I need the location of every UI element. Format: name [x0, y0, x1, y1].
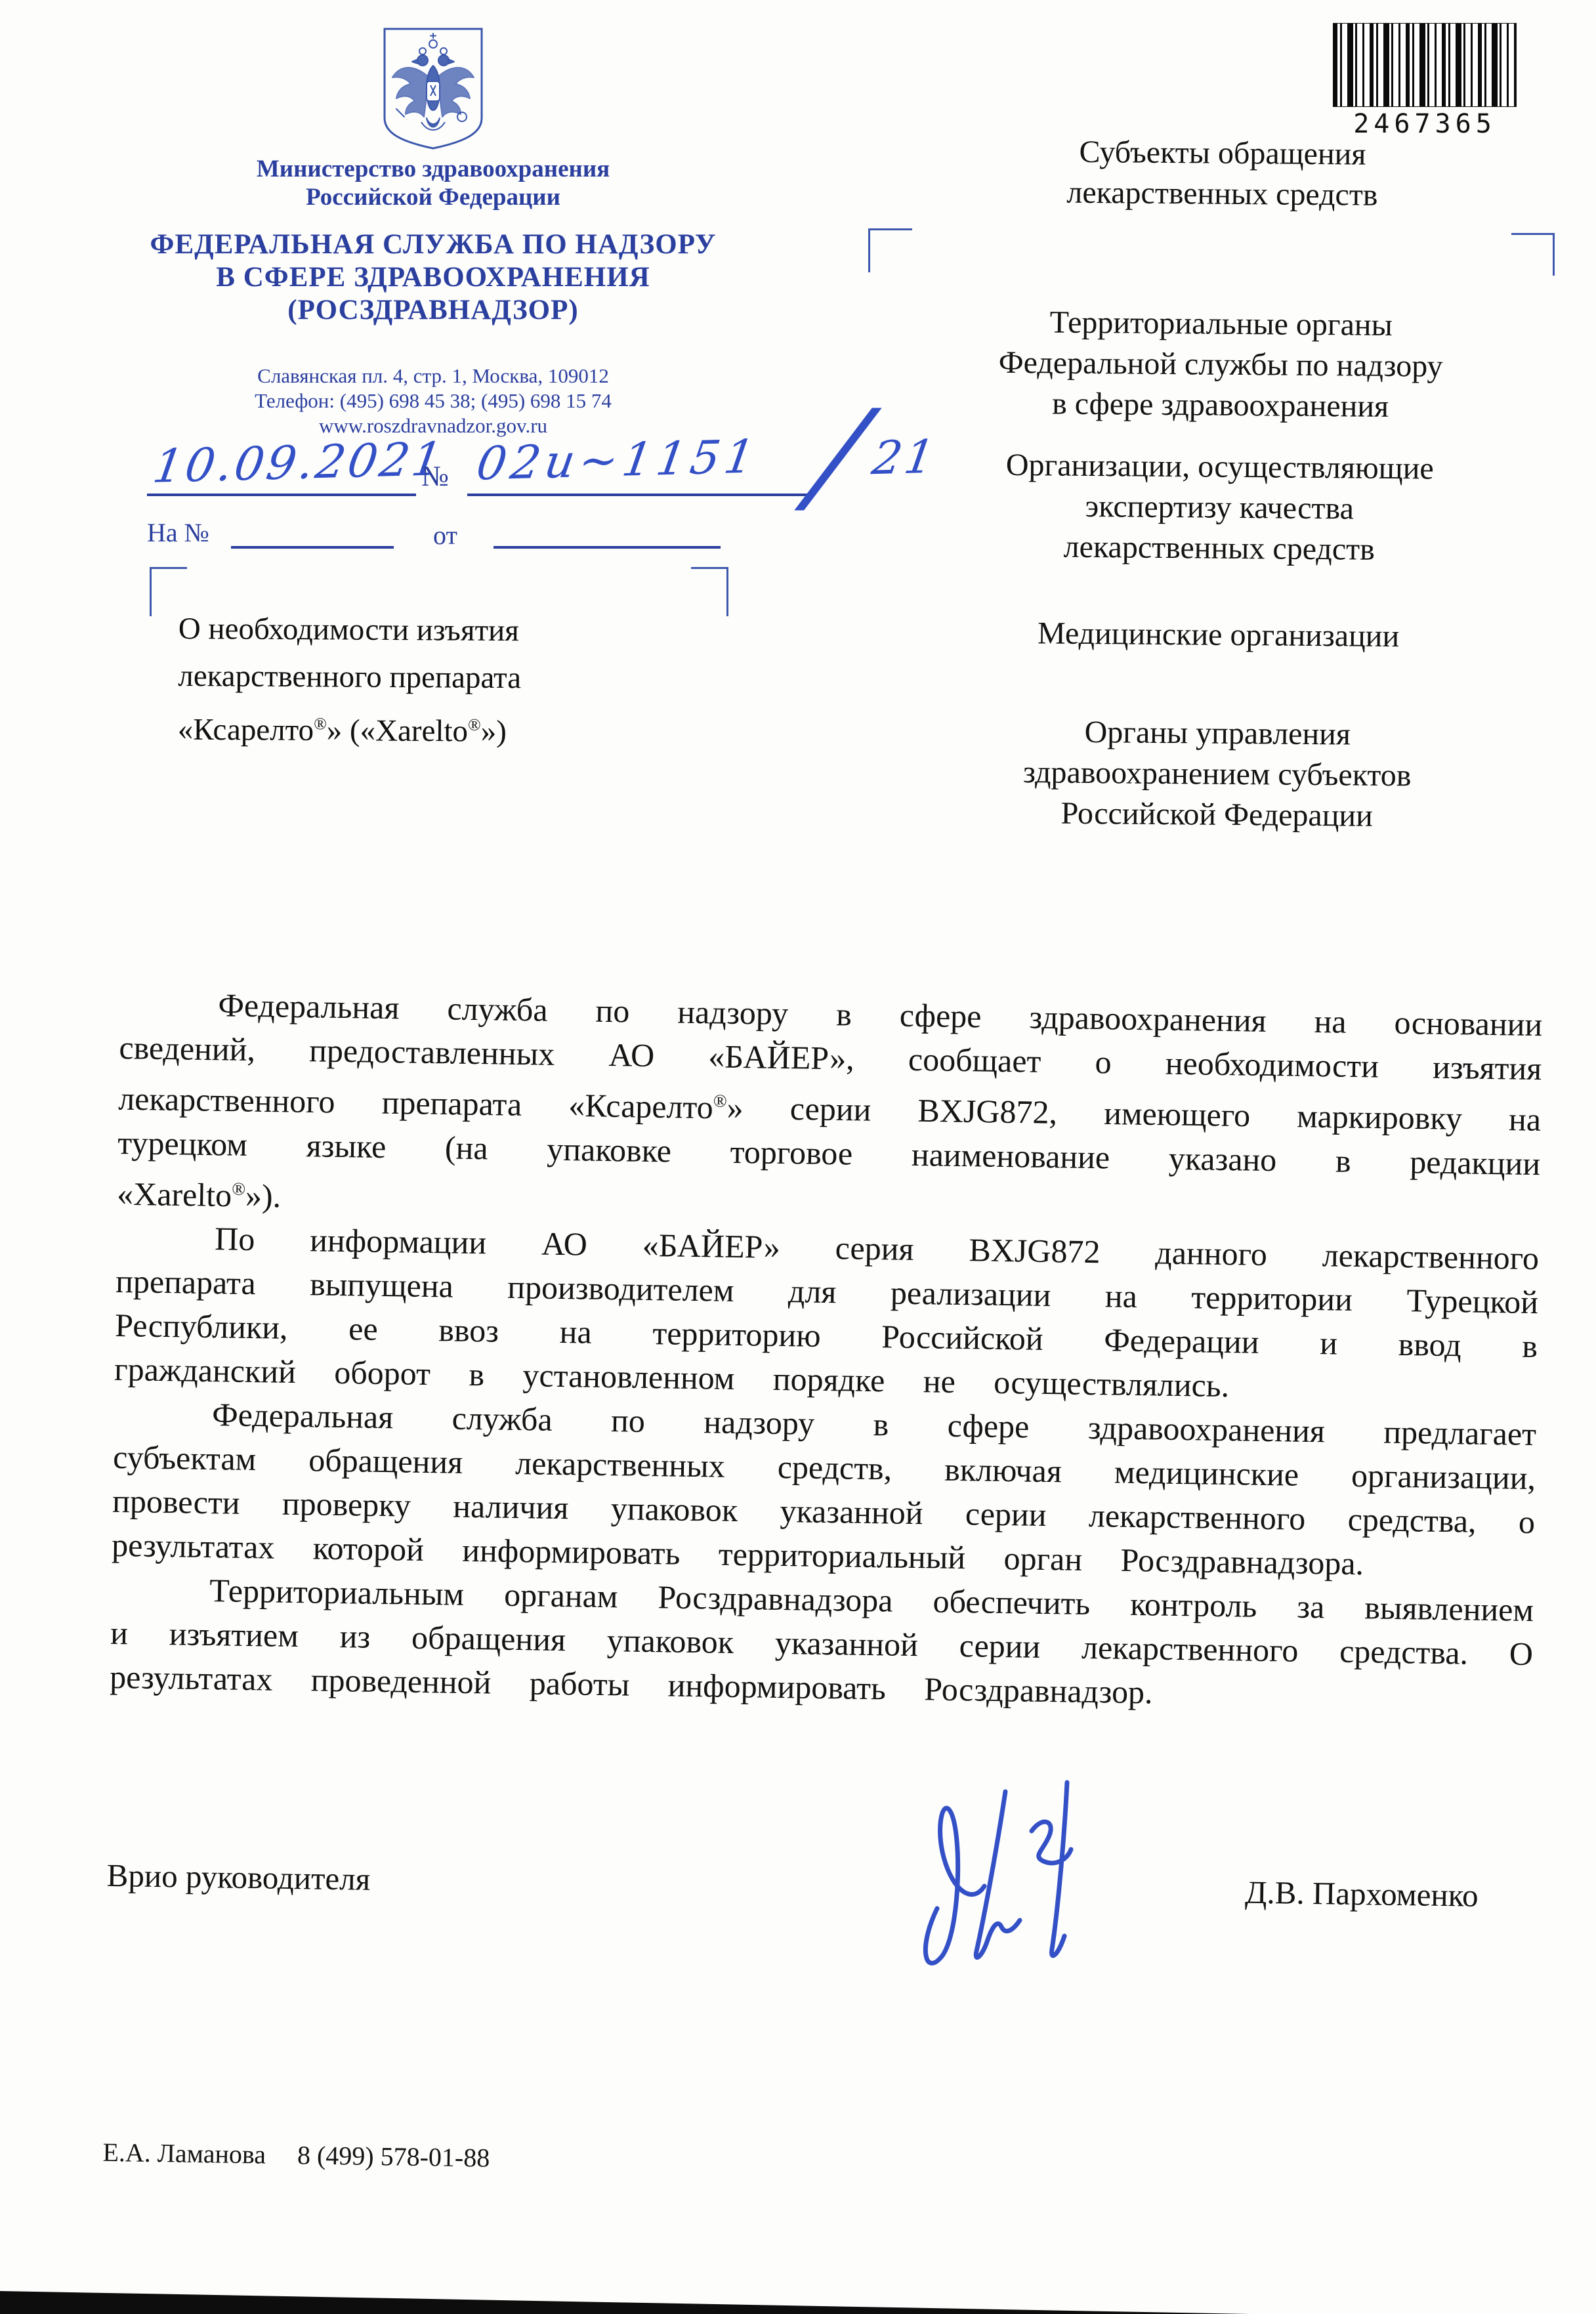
executor-row: Е.А. Ламанова 8 (499) 578-01-88 [102, 2137, 1525, 2189]
number-sign: № [421, 459, 449, 493]
scanned-letter-page: Министерство здравоохранения Российской … [0, 0, 1596, 2314]
recipient-item: Медицинские организации [860, 612, 1576, 659]
recipient-item: Органы управления здравоохранением субъе… [859, 710, 1576, 839]
recipient-item: Территориальные органы Федеральной служб… [862, 301, 1579, 429]
number-underline [467, 494, 808, 496]
reply-date-underline [493, 546, 721, 549]
subject-line: лекарственного препарата [178, 652, 742, 703]
letterhead: Министерство здравоохранения Российской … [118, 26, 748, 438]
signature-row: Врио руководителя Д.В. Пархоменко [106, 1857, 1530, 1915]
body-paragraph: Федеральная служба по надзору в сфере зд… [112, 1391, 1537, 1588]
recipient-line: Территориальные органы [863, 301, 1578, 348]
recipient-line: экспертизу качества [862, 484, 1577, 532]
signer-position: Врио руководителя [106, 1857, 370, 1898]
barcode-block: 2467365 [1333, 24, 1516, 139]
executor-phone: 8 (499) 578-01-88 [297, 2141, 490, 2173]
letter-body: Федеральная служба по надзору в сфере зд… [102, 982, 1543, 2189]
recipient-line: Российской Федерации [859, 791, 1574, 839]
letterhead-phone: Телефон: (495) 698 45 38; (495) 698 15 7… [118, 389, 748, 413]
handwritten-number: 02и~1151 [473, 429, 763, 490]
service-name-line3: (РОСЗДРАВНАДЗОР) [118, 294, 748, 327]
recipient-line: Организации, осуществляющие [862, 444, 1578, 491]
registered-trademark-icon: ® [232, 1178, 245, 1198]
recipient-item: Организации, осуществляющие экспертизу к… [861, 444, 1578, 572]
recipient-line: лекарственных средств [861, 525, 1576, 572]
letterhead-address: Славянская пл. 4, стр. 1, Москва, 109012 [118, 364, 748, 389]
body-paragraph: Территориальным органам Росздравнадзора … [110, 1567, 1534, 1720]
signature-scribble [892, 1751, 1096, 1987]
subject-line: О необходимости изъятия [178, 605, 743, 656]
registered-trademark-icon: ® [468, 715, 481, 734]
ministry-name-line1: Министерство здравоохранения [118, 155, 748, 183]
corner-mark [1511, 233, 1555, 276]
recipient-line: здравоохранением субъектов [859, 751, 1574, 798]
recipient-line: лекарственных средств [864, 171, 1580, 218]
executor-name: Е.А. Ламанова [102, 2137, 266, 2170]
russian-coat-of-arms-icon [381, 26, 486, 151]
recipient-line: в сфере здравоохранения [862, 382, 1578, 429]
reply-from-label: от [433, 520, 457, 551]
body-paragraph: Федеральная служба по надзору в сфере зд… [117, 982, 1543, 1236]
registered-trademark-icon: ® [713, 1090, 727, 1110]
recipient-item: Субъекты обращения лекарственных средств [864, 130, 1580, 218]
corner-mark [868, 228, 912, 272]
service-name-line2: В СФЕРЕ ЗДРАВООХРАНЕНИЯ [118, 261, 748, 294]
subject-line: «Ксарелто®» («Xarelto®») [178, 700, 742, 757]
recipient-line: Субъекты обращения [865, 130, 1580, 177]
registered-trademark-icon: ® [314, 714, 327, 733]
reply-number-underline [231, 546, 394, 549]
subject-block: О необходимости изъятия лекарственного п… [178, 605, 743, 757]
recipients-column: Субъекты обращения лекарственных средств… [866, 0, 1582, 7]
barcode-image [1333, 24, 1516, 106]
reply-to-label: На № [147, 517, 209, 548]
recipient-line: Федеральной службы по надзору [863, 341, 1578, 389]
ministry-name-line2: Российской Федерации [118, 183, 748, 211]
signer-name: Д.В. Пархоменко [1245, 1874, 1479, 1914]
recipient-line: Органы управления [860, 710, 1575, 757]
service-name-line1: ФЕДЕРАЛЬНАЯ СЛУЖБА ПО НАДЗОРУ [118, 228, 748, 261]
scan-edge-artifact [0, 2289, 1596, 2314]
date-underline [147, 494, 416, 496]
body-paragraph: По информации АО «БАЙЕР» серия BXJG872 д… [114, 1215, 1540, 1412]
handwritten-date: 10.09.2021 [150, 432, 448, 494]
recipient-line: Медицинские организации [860, 612, 1576, 659]
